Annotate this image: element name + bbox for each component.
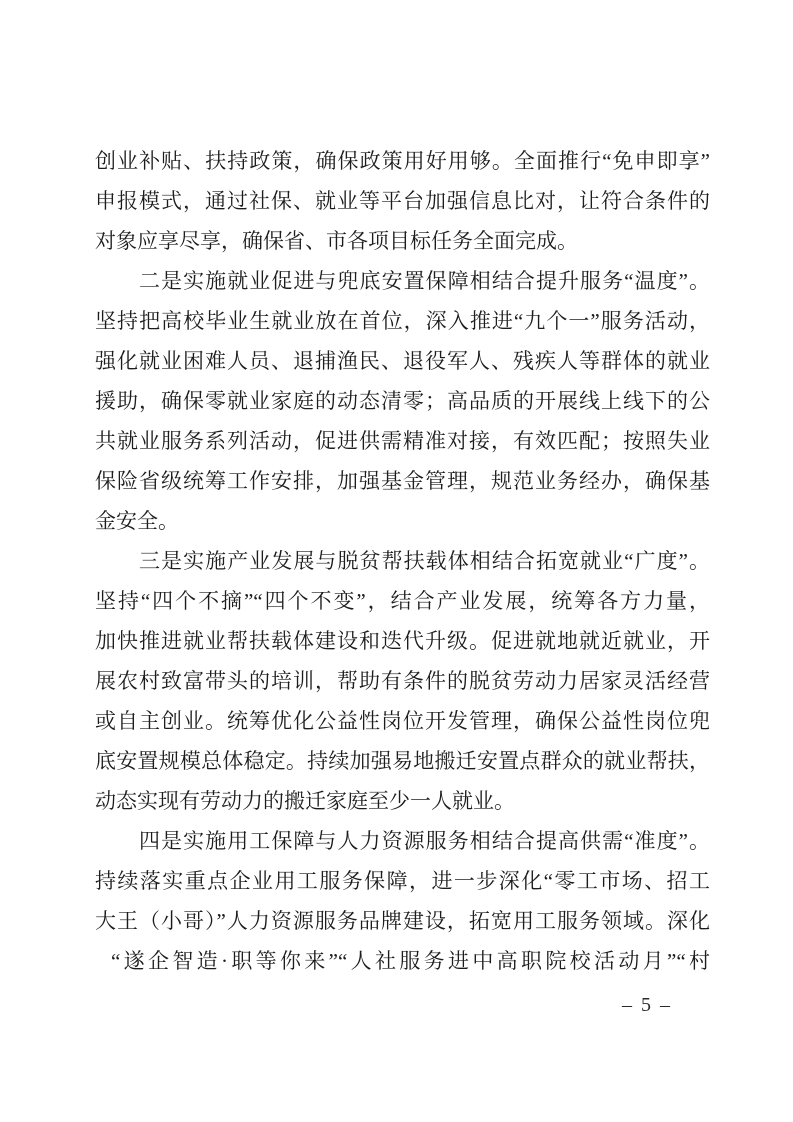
document-line: 持续落实重点企业用工服务保障，进一步深化“零工市场、招工 — [95, 861, 710, 901]
document-line: 创业补贴、扶持政策，确保政策用好用够。全面推行“免申即享” — [95, 141, 710, 181]
document-line: 底安置规模总体稳定。持续加强易地搬迁安置点群众的就业帮扶， — [95, 741, 710, 781]
document-page: 创业补贴、扶持政策，确保政策用好用够。全面推行“免申即享” 申报模式，通过社保、… — [0, 0, 793, 1122]
document-line: 动态实现有劳动力的搬迁家庭至少一人就业。 — [95, 781, 710, 821]
document-line: 大王（小哥）”人力资源服务品牌建设，拓宽用工服务领域。深化 — [95, 901, 710, 941]
document-line: 加快推进就业帮扶载体建设和迭代升级。促进就地就近就业，开 — [95, 621, 710, 661]
document-line: 二是实施就业促进与兜底安置保障相结合提升服务“温度”。 — [95, 261, 710, 301]
document-body: 创业补贴、扶持政策，确保政策用好用够。全面推行“免申即享” 申报模式，通过社保、… — [95, 141, 710, 981]
document-line: 坚持“四个不摘”“四个不变”，结合产业发展，统筹各方力量， — [95, 581, 710, 621]
document-line: 保险省级统筹工作安排，加强基金管理，规范业务经办，确保基 — [95, 461, 710, 501]
document-line: 金安全。 — [95, 501, 710, 541]
document-line: 三是实施产业发展与脱贫帮扶载体相结合拓宽就业“广度”。 — [95, 541, 710, 581]
document-line: 共就业服务系列活动，促进供需精准对接，有效匹配；按照失业 — [95, 421, 710, 461]
document-line: 坚持把高校毕业生就业放在首位，深入推进“九个一”服务活动， — [95, 301, 710, 341]
document-line: 对象应享尽享，确保省、市各项目标任务全面完成。 — [95, 221, 710, 261]
document-line: 四是实施用工保障与人力资源服务相结合提高供需“准度”。 — [95, 821, 710, 861]
document-line: “遂企智造·职等你来”“人社服务进中高职院校活动月”“村 — [95, 941, 710, 981]
document-line: 展农村致富带头的培训，帮助有条件的脱贫劳动力居家灵活经营 — [95, 661, 710, 701]
document-line: 申报模式，通过社保、就业等平台加强信息比对，让符合条件的 — [95, 181, 710, 221]
document-line: 援助，确保零就业家庭的动态清零；高品质的开展线上线下的公 — [95, 381, 710, 421]
document-line: 或自主创业。统筹优化公益性岗位开发管理，确保公益性岗位兜 — [95, 701, 710, 741]
page-number: – 5 – — [622, 994, 672, 1017]
document-line: 强化就业困难人员、退捕渔民、退役军人、残疾人等群体的就业 — [95, 341, 710, 381]
